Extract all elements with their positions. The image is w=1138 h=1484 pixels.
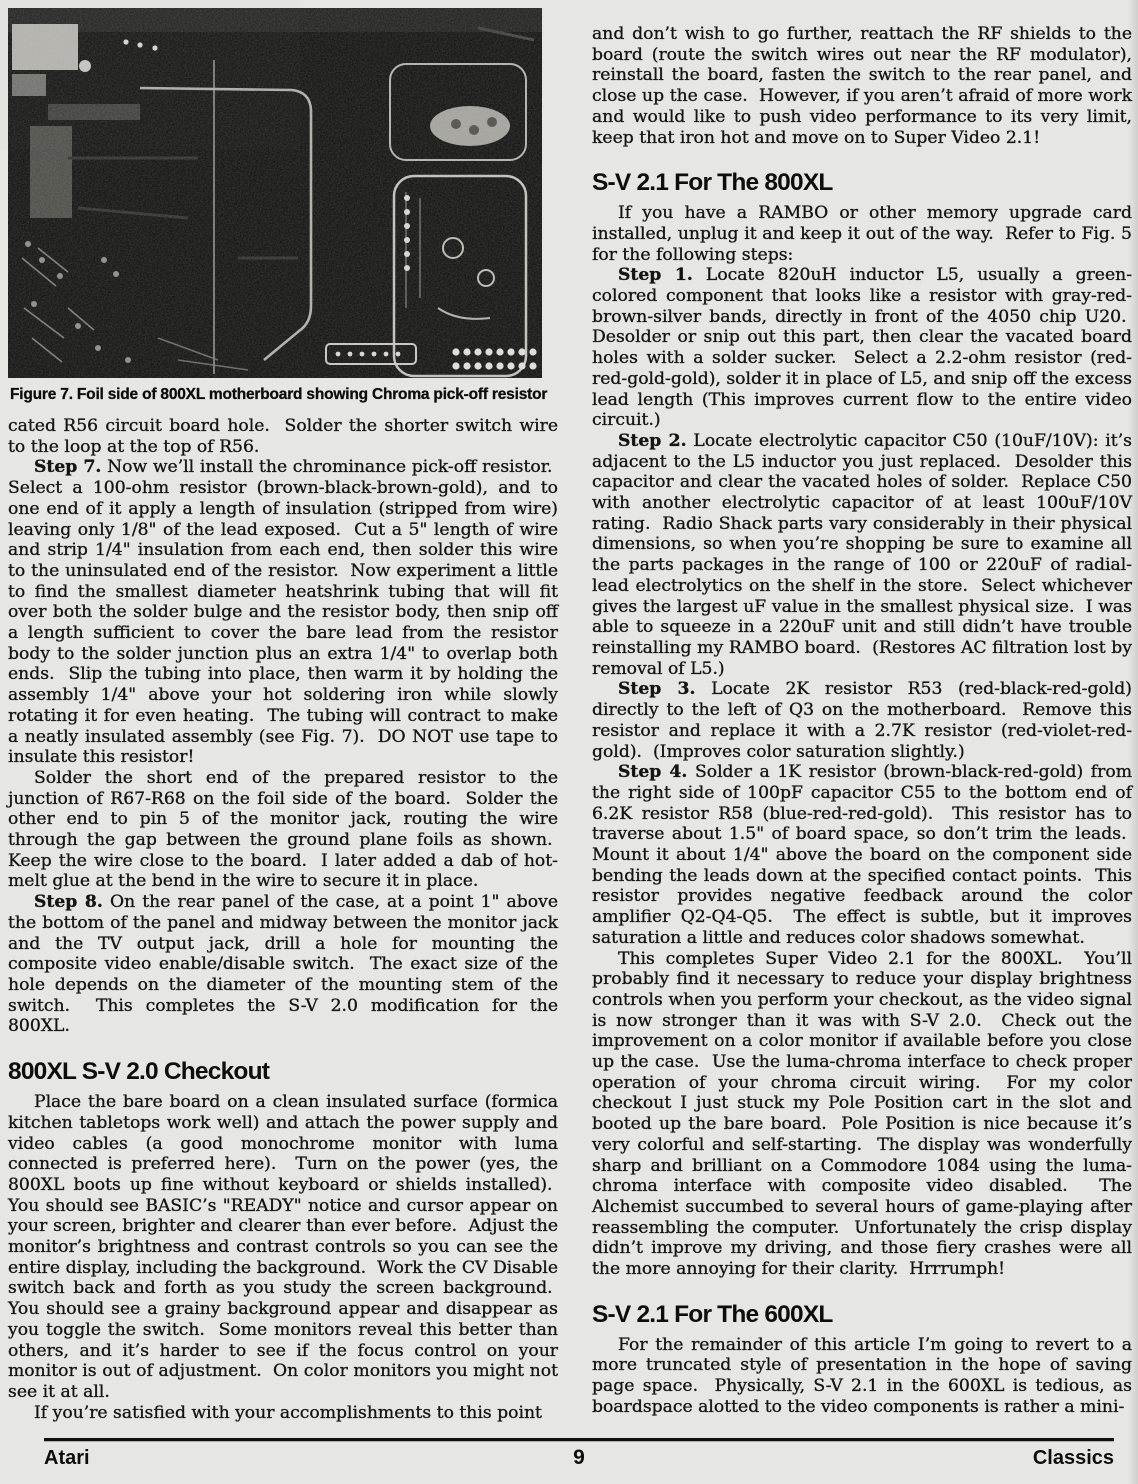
paragraph: Step 7. Now we’ll install the chrominanc… — [8, 457, 558, 768]
left-column-text: cated R56 circuit board hole. Solder the… — [8, 416, 558, 1423]
step-label: Step 8. — [34, 892, 103, 912]
paragraph: Step 8. On the rear panel of the case, a… — [8, 892, 558, 1037]
paragraph: cated R56 circuit board hole. Solder the… — [8, 416, 558, 457]
step-label: Step 7. — [34, 457, 101, 477]
figure-caption: Figure 7. Foil side of 800XL motherboard… — [10, 386, 558, 404]
section-heading: S-V 2.1 For The 800XL — [592, 169, 1132, 197]
page-footer: Atari 9 Classics — [44, 1438, 1114, 1470]
paragraph: If you have a RAMBO or other memory upgr… — [592, 203, 1132, 265]
figure-7-photo — [8, 8, 542, 378]
paragraph: If you’re satisfied with your accomplish… — [8, 1403, 558, 1424]
paragraph: This completes Super Video 2.1 for the 8… — [592, 949, 1132, 1280]
left-column: Figure 7. Foil side of 800XL motherboard… — [8, 8, 558, 1423]
step-label: Step 4. — [618, 762, 687, 782]
footer-publication-left: Atari — [44, 1447, 401, 1470]
right-column-text: and don’t wish to go further, reattach t… — [592, 24, 1132, 1418]
paragraph: Place the bare board on a clean insulate… — [8, 1092, 558, 1403]
footer-page-number: 9 — [401, 1446, 758, 1470]
paragraph: Solder the short end of the prepared res… — [8, 768, 558, 892]
right-column: and don’t wish to go further, reattach t… — [592, 24, 1132, 1418]
paragraph: Step 3. Locate 2K resistor R53 (red-blac… — [592, 679, 1132, 762]
step-label: Step 2. — [618, 431, 687, 451]
section-heading: 800XL S-V 2.0 Checkout — [8, 1058, 558, 1086]
paragraph: Step 1. Locate 820uH inductor L5, usuall… — [592, 265, 1132, 431]
step-label: Step 3. — [618, 679, 695, 699]
paragraph: For the remainder of this article I’m go… — [592, 1335, 1132, 1418]
footer-publication-right: Classics — [757, 1447, 1114, 1470]
step-label: Step 1. — [618, 265, 693, 285]
paragraph: and don’t wish to go further, reattach t… — [592, 24, 1132, 148]
footer-rule — [44, 1438, 1114, 1441]
scanned-article-page: Figure 7. Foil side of 800XL motherboard… — [0, 0, 1138, 1484]
section-heading: S-V 2.1 For The 600XL — [592, 1301, 1132, 1329]
paragraph: Step 4. Solder a 1K resistor (brown-blac… — [592, 762, 1132, 948]
paragraph: Step 2. Locate electrolytic capacitor C5… — [592, 431, 1132, 679]
